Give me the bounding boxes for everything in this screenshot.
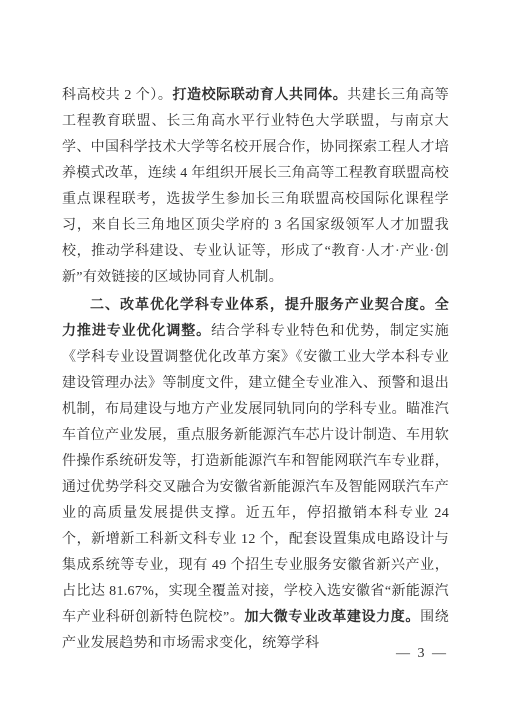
text-run: 科高校共 2 个）。 xyxy=(62,88,172,103)
text-run: 结合学科专业特色和优势，制定实施《学科专业设置调整优化改革方案》《安徽工业大学本… xyxy=(62,324,449,625)
document-body: 科高校共 2 个）。打造校际联动育人共同体。共建长三角高等工程教育联盟、长三角高… xyxy=(62,83,449,657)
document-page: 科高校共 2 个）。打造校际联动育人共同体。共建长三角高等工程教育联盟、长三角高… xyxy=(0,0,510,724)
text-run-emphasis: 打造校际联动育人共同体。 xyxy=(172,88,347,103)
text-run: 共建长三角高等工程教育联盟、长三角高水平行业特色大学联盟，与南京大学、中国科学技… xyxy=(62,88,449,285)
text-run-emphasis: 加大微专业改革建设力度。 xyxy=(244,610,420,625)
paragraph-section-two: 二、改革优化学科专业体系，提升服务产业契合度。全力推进专业优化调整。结合学科专业… xyxy=(62,291,449,657)
section-heading: 二、改革优化学科专业体系，提升服务产业契合度。 xyxy=(90,296,435,312)
paragraph-continued: 科高校共 2 个）。打造校际联动育人共同体。共建长三角高等工程教育联盟、长三角高… xyxy=(62,83,449,291)
page-number: — 3 — xyxy=(396,645,448,663)
